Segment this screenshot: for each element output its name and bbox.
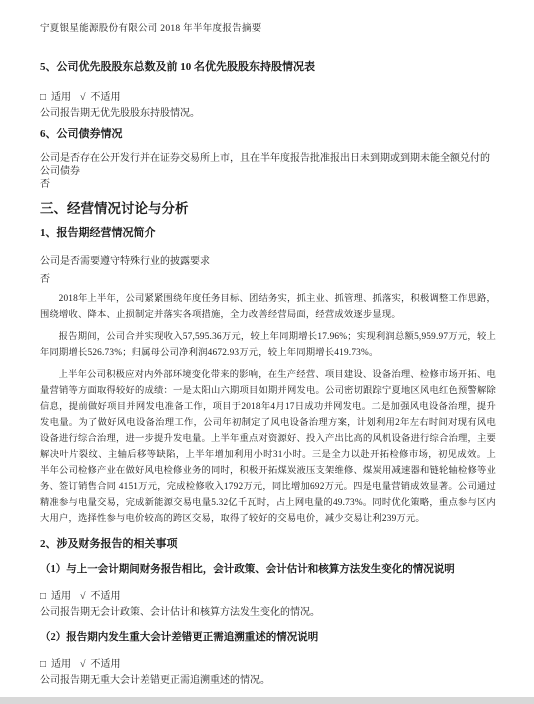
financial-item-2-applicable-row: □适用√不适用 — [40, 658, 496, 671]
not-applicable-label: 不适用 — [91, 591, 121, 602]
not-applicable-label: 不适用 — [91, 92, 121, 103]
financial-item-1-applicable-row: □适用√不适用 — [40, 590, 496, 603]
financial-item-2-title: （2）报告期内发生重大会计差错更正需追溯重述的情况说明 — [40, 631, 496, 645]
section-5-note: 公司报告期无优先股股东持股情况。 — [40, 107, 496, 120]
not-applicable-label: 不适用 — [91, 659, 121, 670]
applicable-label: 适用 — [51, 92, 71, 103]
section-3-sub-2-title: 2、涉及财务报告的相关事项 — [40, 537, 496, 551]
checkmark-icon: √ — [80, 591, 86, 602]
section-6-question: 公司是否存在公开发行并在证券交易所上市，且在半年度报告批准报出日未到期或到期未能… — [40, 152, 496, 178]
checkbox-unchecked-icon: □ — [40, 591, 46, 602]
checkbox-unchecked-icon: □ — [40, 659, 46, 670]
checkmark-icon: √ — [80, 659, 86, 670]
financial-item-2-note: 公司报告期无重大会计差错更正需追溯重述的情况。 — [40, 674, 496, 687]
checkbox-unchecked-icon: □ — [40, 92, 46, 103]
section-3-sub-1-title: 1、报告期经营情况简介 — [40, 226, 496, 240]
financial-item-1-title: （1）与上一会计期间财务报告相比，会计政策、会计估计和核算方法发生变化的情况说明 — [40, 563, 496, 577]
operating-overview-paragraph-3: 上半年公司积极应对内外部环境变化带来的影响，在生产经营、项目建设、设备治理、检修… — [40, 367, 496, 527]
section-3-title: 三、经营情况讨论与分析 — [40, 199, 496, 218]
report-page: 宁夏银星能源股份有限公司 2018 年半年度报告摘要 5、公司优先股股东总数及前… — [0, 0, 534, 704]
page-bottom-edge — [0, 697, 534, 704]
section-5-applicable-row: □适用√不适用 — [40, 91, 496, 104]
operating-overview-paragraph-2: 报告期间，公司合并实现收入57,595.36万元，较上年同期增长17.96%；实… — [40, 329, 496, 361]
section-6-title: 6、公司债券情况 — [40, 127, 496, 141]
special-industry-question: 公司是否需要遵守特殊行业的披露要求 — [40, 255, 496, 268]
report-content: 宁夏银星能源股份有限公司 2018 年半年度报告摘要 5、公司优先股股东总数及前… — [0, 0, 534, 687]
special-industry-answer: 否 — [40, 273, 496, 286]
financial-item-1-note: 公司报告期无会计政策、会计估计和核算方法发生变化的情况。 — [40, 606, 496, 619]
section-6-answer: 否 — [40, 178, 496, 191]
operating-overview-paragraph-1: 2018年上半年，公司紧紧围绕年度任务目标、团结务实，抓主业、抓管理、抓落实，积… — [40, 291, 496, 323]
section-5-title: 5、公司优先股股东总数及前 10 名优先股股东持股情况表 — [40, 60, 496, 74]
checkmark-icon: √ — [80, 92, 86, 103]
doc-header-title: 宁夏银星能源股份有限公司 2018 年半年度报告摘要 — [40, 23, 496, 35]
applicable-label: 适用 — [51, 591, 71, 602]
applicable-label: 适用 — [51, 659, 71, 670]
